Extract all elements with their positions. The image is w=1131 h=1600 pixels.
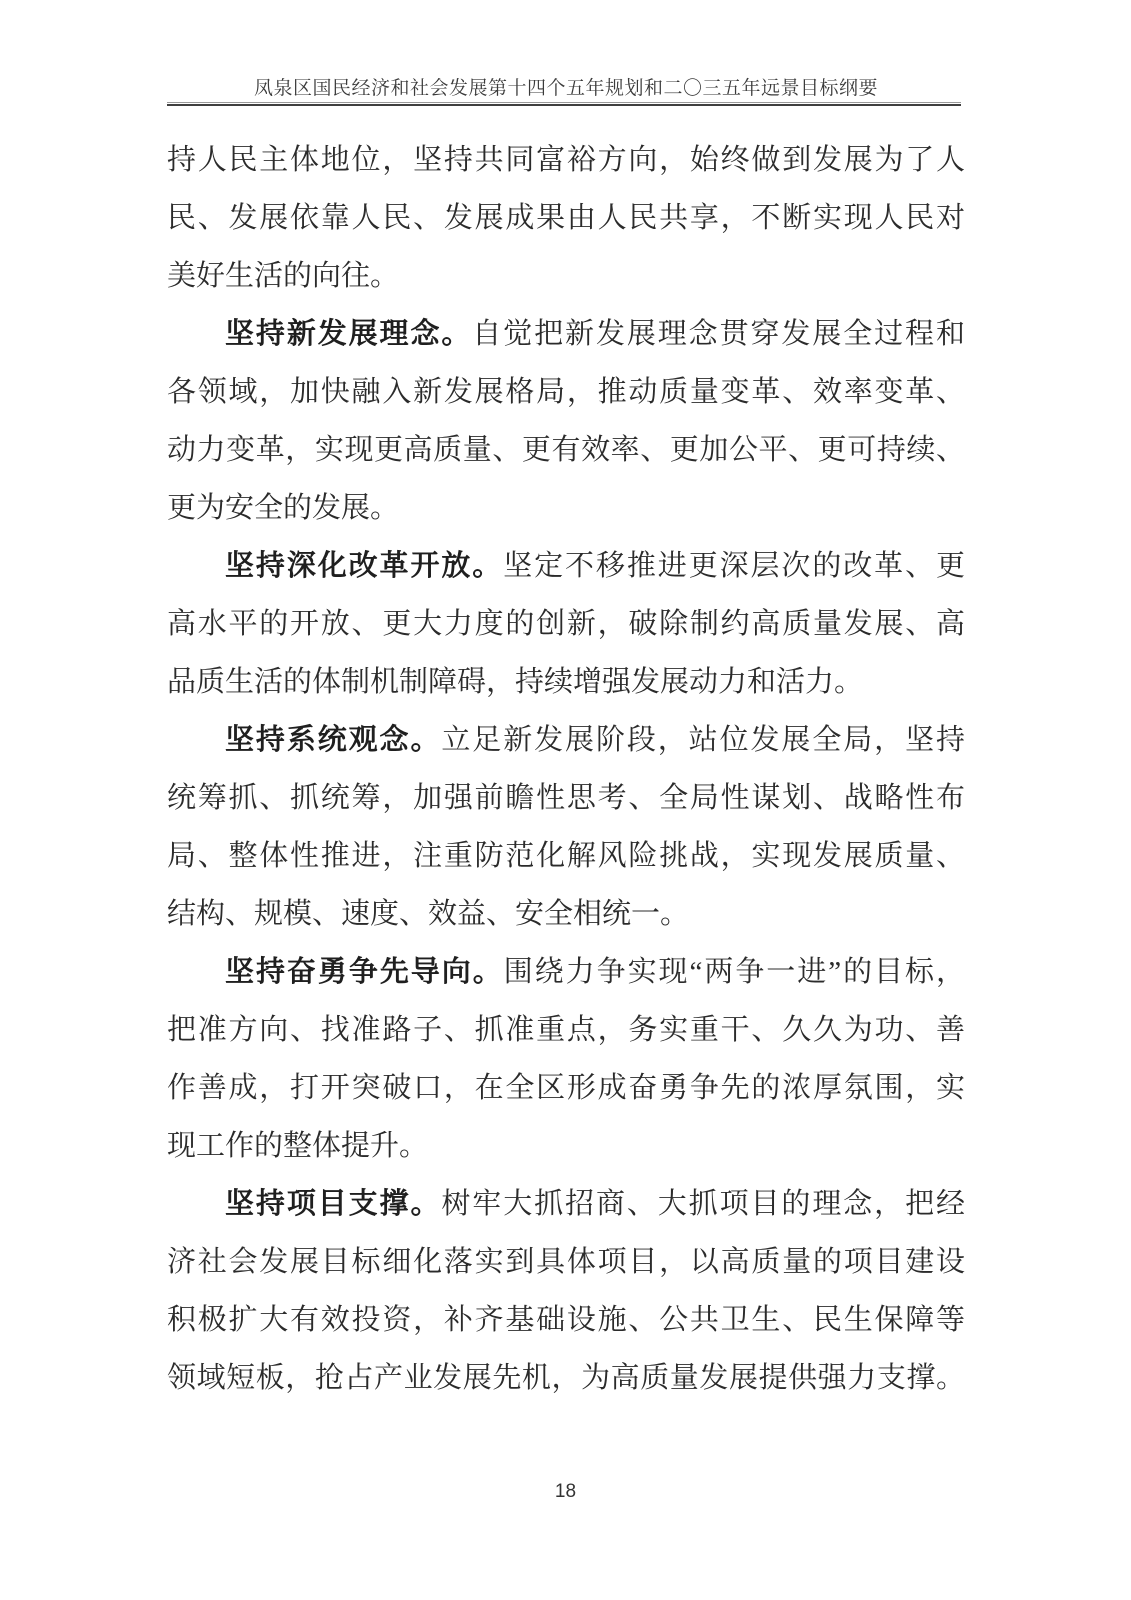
line-text: 现工作的整体提升。 [167,1130,428,1162]
text-line: 更为安全的发展。 [167,479,965,537]
text-line: 把准方向、找准路子、抓准重点，务实重干、久久为功、善 [167,1001,965,1059]
text-line: 坚持新发展理念。自觉把新发展理念贯穿发展全过程和 [167,305,965,363]
line-text: 坚定不移推进更深层次的改革、更 [503,550,965,582]
text-line: 动力变革，实现更高质量、更有效率、更加公平、更可持续、 [167,421,965,479]
text-line: 美好生活的向往。 [167,247,965,305]
line-text: 自觉把新发展理念贯穿发展全过程和 [472,318,965,350]
paragraph-lead: 坚持系统观念。 [225,724,441,756]
text-line: 品质生活的体制机制障碍，持续增强发展动力和活力。 [167,653,965,711]
line-text: 结构、规模、速度、效益、安全相统一。 [167,898,689,930]
text-line: 坚持系统观念。立足新发展阶段，站位发展全局，坚持 [167,711,965,769]
text-line: 各领域，加快融入新发展格局，推动质量变革、效率变革、 [167,363,965,421]
text-line: 民、发展依靠人民、发展成果由人民共享，不断实现人民对 [167,189,965,247]
text-line: 坚持奋勇争先导向。围绕力争实现“两争一进”的目标， [167,943,965,1001]
page-number: 18 [0,1481,1131,1503]
line-text: 美好生活的向往。 [167,260,399,292]
text-line: 坚持深化改革开放。坚定不移推进更深层次的改革、更 [167,537,965,595]
text-line: 持人民主体地位，坚持共同富裕方向，始终做到发展为了人 [167,131,965,189]
line-text: 积极扩大有效投资，补齐基础设施、公共卫生、民生保障等 [167,1304,965,1336]
paragraph-lead: 坚持新发展理念。 [225,318,472,350]
line-text: 领域短板，抢占产业发展先机，为高质量发展提供强力支撑。 [167,1362,965,1394]
line-text: 统筹抓、抓统筹，加强前瞻性思考、全局性谋划、战略性布 [167,782,965,814]
line-text: 高水平的开放、更大力度的创新，破除制约高质量发展、高 [167,608,965,640]
line-text: 济社会发展目标细化落实到具体项目，以高质量的项目建设 [167,1246,965,1278]
line-text: 局、整体性推进，注重防范化解风险挑战，实现发展质量、 [167,840,965,872]
paragraph-lead: 坚持奋勇争先导向。 [225,956,504,988]
paragraph-lead: 坚持深化改革开放。 [225,550,503,582]
text-line: 济社会发展目标细化落实到具体项目，以高质量的项目建设 [167,1233,965,1291]
line-text: 品质生活的体制机制障碍，持续增强发展动力和活力。 [167,666,863,698]
page-header-title: 凤泉区国民经济和社会发展第十四个五年规划和二〇三五年远景目标纲要 [167,78,965,100]
line-text: 民、发展依靠人民、发展成果由人民共享，不断实现人民对 [167,202,965,234]
text-line: 积极扩大有效投资，补齐基础设施、公共卫生、民生保障等 [167,1291,965,1349]
line-text: 树牢大抓招商、大抓项目的理念，把经 [441,1188,965,1220]
line-text: 把准方向、找准路子、抓准重点，务实重干、久久为功、善 [167,1014,965,1046]
text-line: 领域短板，抢占产业发展先机，为高质量发展提供强力支撑。 [167,1349,965,1407]
text-line: 高水平的开放、更大力度的创新，破除制约高质量发展、高 [167,595,965,653]
header-rule [167,102,961,106]
document-page: { "header": { "title": "凤泉区国民经济和社会发展第十四个… [0,0,1131,1600]
text-line: 局、整体性推进，注重防范化解风险挑战，实现发展质量、 [167,827,965,885]
document-body: 持人民主体地位，坚持共同富裕方向，始终做到发展为了人 民、发展依靠人民、发展成果… [167,131,965,1407]
text-line: 统筹抓、抓统筹，加强前瞻性思考、全局性谋划、战略性布 [167,769,965,827]
text-line: 结构、规模、速度、效益、安全相统一。 [167,885,965,943]
line-text: 动力变革，实现更高质量、更有效率、更加公平、更可持续、 [167,434,965,466]
line-text: 持人民主体地位，坚持共同富裕方向，始终做到发展为了人 [167,144,965,176]
line-text: 立足新发展阶段，站位发展全局，坚持 [441,724,965,756]
line-text: 更为安全的发展。 [167,492,399,524]
text-line: 坚持项目支撑。树牢大抓招商、大抓项目的理念，把经 [167,1175,965,1233]
paragraph-lead: 坚持项目支撑。 [225,1188,441,1220]
text-line: 作善成，打开突破口，在全区形成奋勇争先的浓厚氛围，实 [167,1059,965,1117]
line-text: 作善成，打开突破口，在全区形成奋勇争先的浓厚氛围，实 [167,1072,965,1104]
line-text: 各领域，加快融入新发展格局，推动质量变革、效率变革、 [167,376,965,408]
text-line: 现工作的整体提升。 [167,1117,965,1175]
line-text: 围绕力争实现“两争一进”的目标， [504,956,965,988]
